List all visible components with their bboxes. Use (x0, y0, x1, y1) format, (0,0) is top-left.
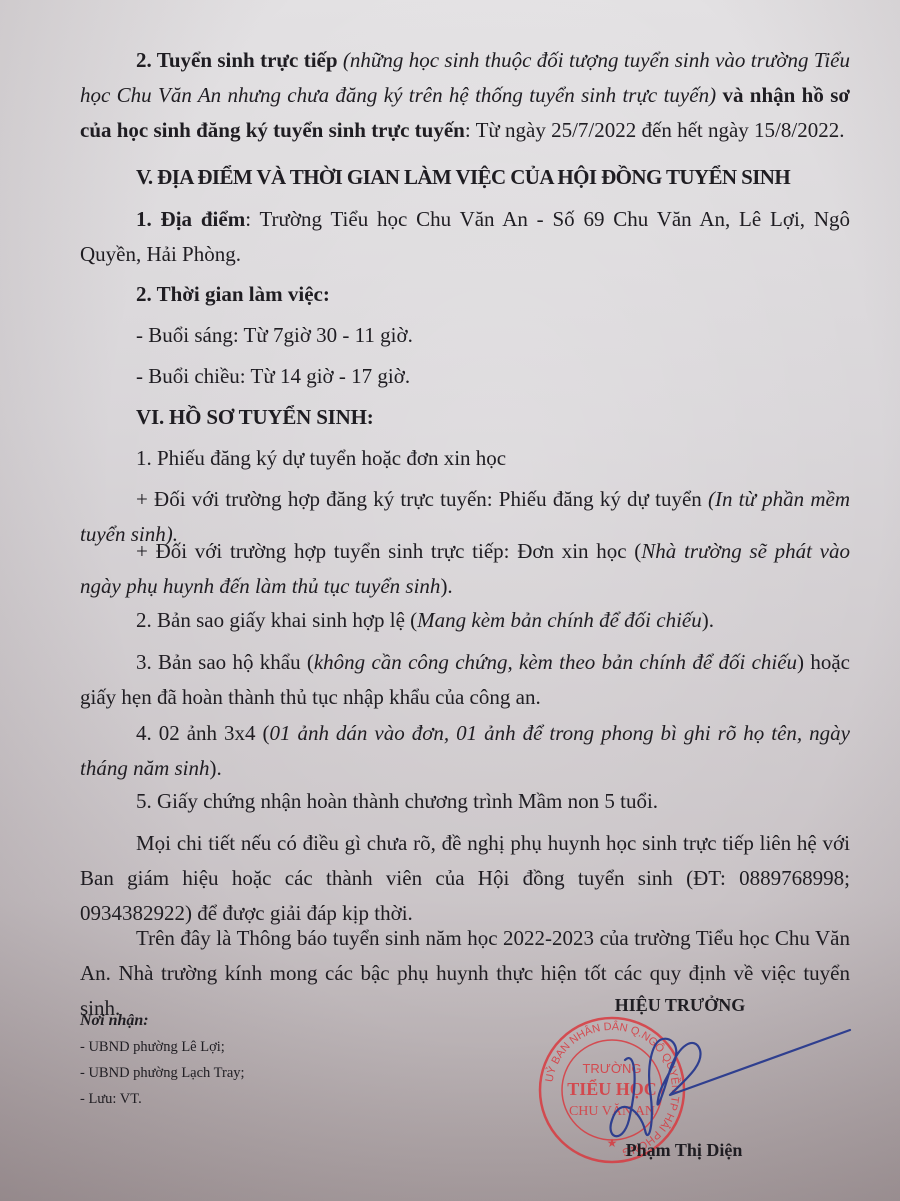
direct-close: ). (440, 574, 452, 598)
admission-dates: : Từ ngày 25/7/2022 đến hết ngày 15/8/20… (465, 118, 845, 142)
req4-text: 4. 02 ảnh 3x4 ( (136, 721, 269, 745)
requirement-5: 5. Giấy chứng nhận hoàn thành chương trì… (80, 784, 850, 819)
requirement-1: 1. Phiếu đăng ký dự tuyển hoặc đơn xin h… (80, 441, 850, 476)
requirement-4: 4. 02 ảnh 3x4 (01 ảnh dán vào đơn, 01 ản… (80, 716, 850, 786)
req2-text: 2. Bản sao giấy khai sinh hợp lệ ( (136, 608, 417, 632)
recipient-item: - UBND phường Lê Lợi; (80, 1034, 245, 1060)
recipient-item: - UBND phường Lạch Tray; (80, 1060, 245, 1086)
location-paragraph: 1. Địa điểm: Trường Tiểu học Chu Văn An … (80, 202, 850, 272)
signer-name: Phạm Thị Diện (594, 1140, 774, 1161)
section-v-heading: V. ĐỊA ĐIỂM VÀ THỜI GIAN LÀM VIỆC CỦA HỘ… (80, 160, 850, 195)
morning-hours: - Buổi sáng: Từ 7giờ 30 - 11 giờ. (80, 318, 850, 353)
requirement-1-direct: + Đối với trường hợp tuyển sinh trực tiế… (80, 534, 850, 604)
direct-text: + Đối với trường hợp tuyển sinh trực tiế… (136, 539, 641, 563)
recipients-title: Nơi nhận: (80, 1008, 245, 1034)
requirement-3: 3. Bản sao hộ khẩu (không cần công chứng… (80, 645, 850, 715)
admission-direct-paragraph: 2. Tuyển sinh trực tiếp (những học sinh … (80, 43, 850, 148)
req2-note: Mang kèm bản chính để đối chiếu (417, 608, 702, 632)
recipients-block: Nơi nhận: - UBND phường Lê Lợi; - UBND p… (80, 1008, 245, 1112)
afternoon-hours: - Buổi chiều: Từ 14 giờ - 17 giờ. (80, 359, 850, 394)
req2-close: ). (702, 608, 714, 632)
contact-paragraph: Mọi chi tiết nếu có điều gì chưa rõ, đề … (80, 826, 850, 931)
location-label: 1. Địa điểm (136, 207, 245, 231)
recipient-item: - Lưu: VT. (80, 1086, 245, 1112)
req3-text: 3. Bản sao hộ khẩu ( (136, 650, 314, 674)
handwritten-signature-icon (600, 1020, 860, 1160)
signer-role: HIỆU TRƯỞNG (590, 995, 770, 1016)
req3-note: không cần công chứng, kèm theo bản chính… (314, 650, 797, 674)
online-text: + Đối với trường hợp đăng ký trực tuyến:… (136, 487, 708, 511)
admission-direct-label: 2. Tuyển sinh trực tiếp (136, 48, 338, 72)
section-vi-heading: VI. HỒ SƠ TUYỂN SINH: (80, 400, 850, 435)
req4-close: ). (210, 756, 222, 780)
working-hours-label: 2. Thời gian làm việc: (80, 277, 850, 312)
requirement-2: 2. Bản sao giấy khai sinh hợp lệ (Mang k… (80, 603, 850, 638)
